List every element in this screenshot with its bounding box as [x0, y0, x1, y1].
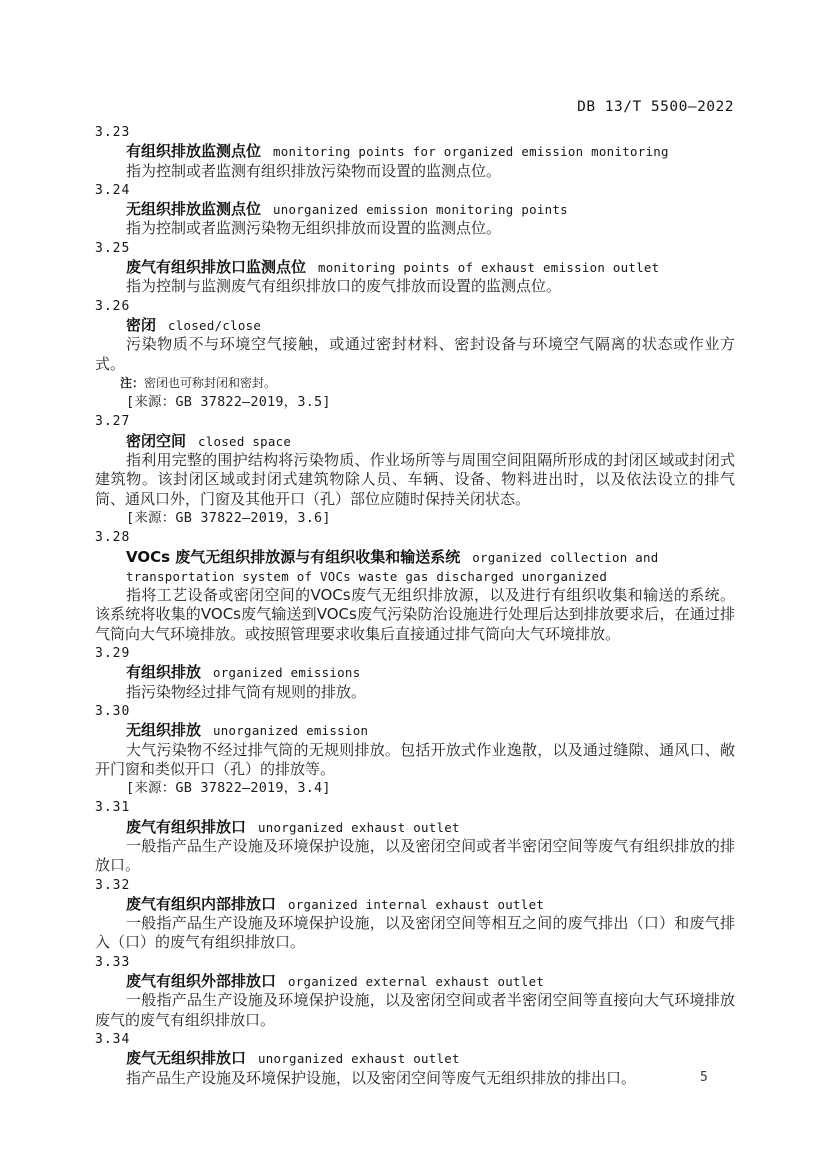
term-entry: 3.23 有组织排放监测点位monitoring points for orga… — [95, 123, 735, 181]
term-line: 废气有组织排放口监测点位monitoring points of exhaust… — [126, 258, 735, 277]
term-definition: 指为控制或者监测有组织排放污染物而设置的监测点位。 — [95, 162, 735, 181]
term-zh: 密闭 — [126, 316, 156, 334]
term-number: 3.34 — [95, 1030, 735, 1049]
term-entry: 3.27 密闭空间closed space 指利用完整的围护结构将污染物质、作业… — [95, 412, 735, 528]
term-entry: 3.32 废气有组织内部排放口organized internal exhaus… — [95, 876, 735, 953]
term-en: organized internal exhaust outlet — [288, 897, 544, 912]
term-definition: 一般指产品生产设施及环境保护设施，以及密闭空间或者半密闭空间等直接向大气环境排放… — [95, 991, 735, 1030]
term-definition: 指利用完整的围护结构将污染物质、作业场所等与周围空间阻隔所形成的封闭区域或封闭式… — [95, 451, 735, 509]
term-en: closed space — [198, 434, 291, 449]
term-number: 3.30 — [95, 702, 735, 721]
term-zh: 无组织排放监测点位 — [126, 200, 261, 218]
source-reference: [来源：GB 37822—2019，3.4] — [126, 779, 735, 798]
term-zh: 废气有组织内部排放口 — [126, 895, 276, 913]
term-definition: 污染物质不与环境空气接触，或通过密封材料、密封设备与环境空气隔离的状态或作业方式… — [95, 335, 735, 374]
term-entry: 3.33 废气有组织外部排放口organized external exhaus… — [95, 953, 735, 1030]
source-reference: [来源：GB 37822—2019，3.6] — [126, 509, 735, 528]
term-zh: 有组织排放监测点位 — [126, 142, 261, 160]
term-entry: 3.24 无组织排放监测点位unorganized emission monit… — [95, 181, 735, 239]
term-entry: 3.34 废气无组织排放口unorganized exhaust outlet … — [95, 1030, 735, 1088]
term-definition: 指为控制与监测废气有组织排放口的废气排放而设置的监测点位。 — [95, 277, 735, 296]
page-number: 5 — [700, 1070, 708, 1085]
term-line: 无组织排放unorganized emission — [126, 721, 735, 740]
term-definition: 指污染物经过排气筒有规则的排放。 — [95, 683, 735, 702]
term-en: organized emissions — [213, 665, 360, 680]
term-en: unorganized exhaust outlet — [258, 1051, 460, 1066]
term-number: 3.31 — [95, 798, 735, 817]
term-number: 3.32 — [95, 876, 735, 895]
term-zh: VOCs 废气无组织排放源与有组织收集和输送系统 — [126, 548, 460, 566]
term-number: 3.29 — [95, 644, 735, 663]
source-reference: [来源：GB 37822—2019，3.5] — [126, 393, 735, 412]
term-line: 密闭空间closed space — [126, 432, 735, 451]
term-en: unorganized emission monitoring points — [273, 202, 568, 217]
term-zh: 废气有组织排放口监测点位 — [126, 258, 306, 276]
term-number: 3.24 — [95, 181, 735, 200]
term-zh: 废气无组织排放口 — [126, 1049, 246, 1067]
term-entry: 3.28 VOCs 废气无组织排放源与有组织收集和输送系统organized c… — [95, 528, 735, 644]
term-number: 3.33 — [95, 953, 735, 972]
term-zh: 废气有组织外部排放口 — [126, 972, 276, 990]
term-definition: 指为控制或者监测污染物无组织排放而设置的监测点位。 — [95, 219, 735, 238]
term-number: 3.23 — [95, 123, 735, 142]
term-entry: 3.26 密闭closed/close 污染物质不与环境空气接触，或通过密封材料… — [95, 297, 735, 413]
term-definition: 大气污染物不经过排气筒的无规则排放。包括开放式作业逸散，以及通过缝隙、通风口、敞… — [95, 741, 735, 780]
document-page: DB 13/T 5500—2022 3.23 有组织排放监测点位monitori… — [0, 0, 826, 1169]
term-definition: 指将工艺设备或密闭空间的VOCs废气无组织排放源，以及进行有组织收集和输送的系统… — [95, 586, 735, 644]
term-line: 废气有组织排放口unorganized exhaust outlet — [126, 818, 735, 837]
term-line: 废气有组织内部排放口organized internal exhaust out… — [126, 895, 735, 914]
term-definition: 一般指产品生产设施及环境保护设施，以及密闭空间等相互之间的废气排出（口）和废气排… — [95, 914, 735, 953]
term-zh: 无组织排放 — [126, 721, 201, 739]
term-entry: 3.30 无组织排放unorganized emission 大气污染物不经过排… — [95, 702, 735, 798]
term-note: 注：密闭也可称封闭和密封。 — [120, 374, 735, 393]
terms-content: 3.23 有组织排放监测点位monitoring points for orga… — [95, 123, 735, 1088]
term-definition: 指产品生产设施及环境保护设施，以及密闭空间等废气无组织排放的排出口。 — [95, 1069, 735, 1088]
term-line: 有组织排放监测点位monitoring points for organized… — [126, 142, 735, 161]
term-en: closed/close — [168, 318, 261, 333]
term-line: VOCs 废气无组织排放源与有组织收集和输送系统organized collec… — [126, 548, 735, 587]
term-en: unorganized exhaust outlet — [258, 820, 460, 835]
term-entry: 3.25 废气有组织排放口监测点位monitoring points of ex… — [95, 239, 735, 297]
term-number: 3.27 — [95, 412, 735, 431]
note-label: 注： — [120, 376, 144, 390]
term-entry: 3.31 废气有组织排放口unorganized exhaust outlet … — [95, 798, 735, 875]
term-en: unorganized emission — [213, 723, 368, 738]
note-text: 密闭也可称封闭和密封。 — [144, 376, 276, 390]
term-line: 废气有组织外部排放口organized external exhaust out… — [126, 972, 735, 991]
term-number: 3.26 — [95, 297, 735, 316]
term-en: monitoring points of exhaust emission ou… — [318, 260, 659, 275]
term-en: monitoring points for organized emission… — [273, 144, 669, 159]
term-definition: 一般指产品生产设施及环境保护设施，以及密闭空间或者半密闭空间等废气有组织排放的排… — [95, 837, 735, 876]
term-en: organized external exhaust outlet — [288, 974, 544, 989]
doc-code-header: DB 13/T 5500—2022 — [577, 99, 734, 115]
term-zh: 密闭空间 — [126, 432, 186, 450]
term-number: 3.28 — [95, 528, 735, 547]
term-zh: 有组织排放 — [126, 663, 201, 681]
term-line: 废气无组织排放口unorganized exhaust outlet — [126, 1049, 735, 1068]
term-line: 有组织排放organized emissions — [126, 663, 735, 682]
term-number: 3.25 — [95, 239, 735, 258]
term-entry: 3.29 有组织排放organized emissions 指污染物经过排气筒有… — [95, 644, 735, 702]
term-zh: 废气有组织排放口 — [126, 818, 246, 836]
term-line: 无组织排放监测点位unorganized emission monitoring… — [126, 200, 735, 219]
term-line: 密闭closed/close — [126, 316, 735, 335]
